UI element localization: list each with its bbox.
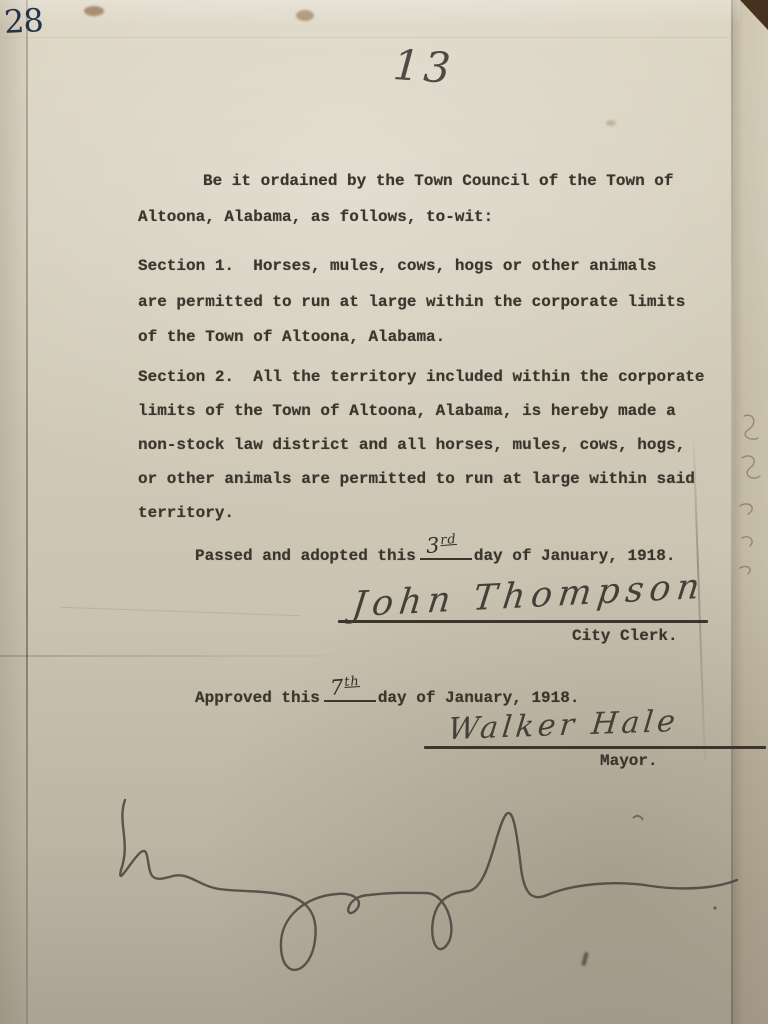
mayor-signature-line [424, 746, 766, 749]
section2-line-4: or other animals are permitted to run at… [138, 468, 695, 490]
left-page-edge [0, 0, 27, 1024]
faint-crease [60, 607, 300, 616]
mayor-title: Mayor. [600, 752, 658, 770]
paper-stain [606, 120, 616, 126]
passed-adopted-line: Passed and adopted this3rdday of January… [195, 542, 675, 567]
pencil-scrawl-signature [95, 790, 745, 1000]
section1-line-2: are permitted to run at large within the… [138, 291, 685, 313]
section2-line-5: territory. [138, 502, 234, 524]
scanned-document-page: 28 13 Be it ordained by the Town Council… [0, 0, 768, 1024]
paper-stain [84, 6, 104, 16]
pencil-dot [713, 906, 716, 909]
corner-page-number: 28 [3, 1, 44, 41]
left-edge-seam [26, 0, 28, 1024]
handwritten-day: 3rd [425, 529, 458, 557]
handwritten-day: 7th [329, 671, 361, 699]
page-number: 13 [391, 40, 456, 93]
clerk-signature-line [338, 620, 708, 623]
top-page-edge [0, 0, 740, 38]
edge-handwriting [736, 410, 768, 590]
mayor-signature: Walker Hale [446, 704, 680, 747]
section1-line-1: Section 1. Horses, mules, cows, hogs or … [138, 255, 656, 277]
approved-prefix: Approved this [195, 689, 320, 707]
paper-stain [296, 10, 314, 21]
preamble-line-2: Altoona, Alabama, as follows, to-wit: [138, 206, 493, 228]
clerk-title: City Clerk. [572, 627, 678, 645]
section1-line-3: of the Town of Altoona, Alabama. [138, 326, 445, 348]
passed-prefix: Passed and adopted this [195, 547, 416, 565]
clerk-signature: John Thompson [350, 567, 708, 626]
horizontal-crease [0, 655, 340, 657]
day-ordinal: rd [440, 532, 458, 548]
day-ordinal: th [344, 674, 361, 690]
section2-line-2: limits of the Town of Altoona, Alabama, … [138, 400, 676, 422]
day-blank-line: 7th [324, 684, 376, 702]
approved-line: Approved this7thday of January, 1918. [195, 684, 579, 709]
section2-line-1: Section 2. All the territory included wi… [138, 366, 705, 388]
approved-suffix: day of January, 1918. [378, 689, 580, 707]
day-blank-line: 3rd [420, 542, 472, 560]
section2-line-3: non-stock law district and all horses, m… [138, 434, 685, 456]
preamble-line-1: Be it ordained by the Town Council of th… [203, 170, 673, 192]
passed-suffix: day of January, 1918. [474, 547, 676, 565]
